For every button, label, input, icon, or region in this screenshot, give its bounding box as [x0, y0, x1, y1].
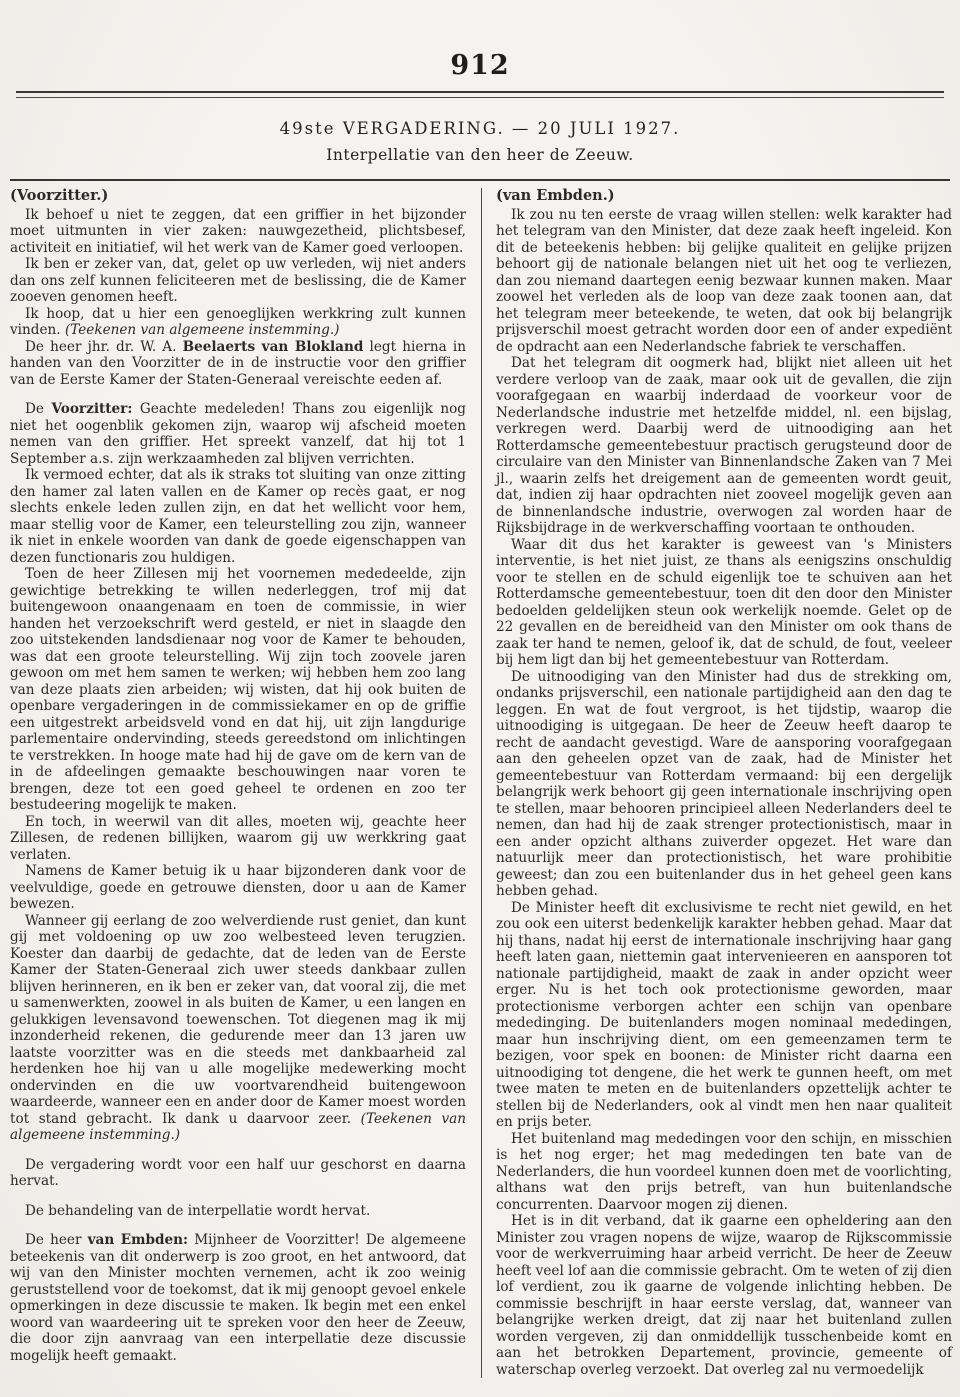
text-segment: De — [25, 401, 52, 417]
text-segment: Mijnheer de Voorzitter! De algemeene bet… — [10, 1232, 466, 1364]
text-segment: De behandeling van de interpellatie word… — [25, 1203, 370, 1219]
paragraph: Wanneer gij eerlang de zoo welverdiende … — [10, 913, 466, 1144]
text-segment: Ik ben er zeker van, dat, gelet op uw ve… — [10, 256, 466, 305]
paragraph: Waar dit dus het karakter is geweest van… — [496, 537, 952, 669]
paragraph: Ik behoef u niet te zeggen, dat een grif… — [10, 207, 466, 257]
paragraph: Ik hoop, dat u hier een genoeglijken wer… — [10, 306, 466, 339]
paragraph: Het is in dit verband, dat ik gaarne een… — [496, 1213, 952, 1378]
text-segment: van Embden: — [88, 1232, 188, 1248]
document-page: 912 49ste VERGADERING. — 20 JULI 1927. I… — [0, 0, 960, 1397]
left-column: (Voorzitter.) Ik behoef u niet te zeggen… — [8, 188, 481, 1364]
paragraph: De Minister heeft dit exclusivisme te re… — [496, 900, 952, 1131]
text-segment: Ik behoef u niet te zeggen, dat een grif… — [10, 207, 466, 256]
page-number: 912 — [0, 0, 960, 81]
text-segment: (Teekenen van algemeene instemming.) — [65, 322, 340, 338]
paragraph: De Voorzitter: Geachte medeleden! Thans … — [10, 401, 466, 467]
text-columns: (Voorzitter.) Ik behoef u niet te zeggen… — [0, 181, 960, 1378]
paragraph: Dat het telegram dit oogmerk had, blijkt… — [496, 355, 952, 537]
paragraph: Ik ben er zeker van, dat, gelet op uw ve… — [10, 256, 466, 306]
paragraph: De heer jhr. dr. W. A. Beelaerts van Blo… — [10, 339, 466, 389]
paragraph: Toen de heer Zillesen mij het voornemen … — [10, 566, 466, 814]
right-column-speaker-header: (van Embden.) — [496, 188, 952, 205]
paragraph: De behandeling van de interpellatie word… — [10, 1203, 466, 1220]
text-segment: Ik vermoed echter, dat als ik straks tot… — [10, 467, 466, 566]
paragraph: Ik vermoed echter, dat als ik straks tot… — [10, 467, 466, 566]
left-column-body: Ik behoef u niet te zeggen, dat een grif… — [10, 207, 466, 1365]
text-segment: En toch, in weerwil van dit alles, moete… — [10, 814, 466, 863]
text-segment: Toen de heer Zillesen mij het voornemen … — [10, 566, 466, 813]
text-segment: Waar dit dus het karakter is geweest van… — [496, 537, 952, 669]
left-column-speaker-header: (Voorzitter.) — [10, 188, 466, 205]
paragraph: En toch, in weerwil van dit alles, moete… — [10, 814, 466, 864]
text-segment: Voorzitter: — [52, 401, 133, 417]
paragraph: De heer van Embden: Mijnheer de Voorzitt… — [10, 1232, 466, 1364]
text-segment: Ik zou nu ten eerste de vraag willen ste… — [496, 207, 952, 355]
interpellation-subtitle: Interpellatie van den heer de Zeeuw. — [0, 146, 960, 164]
text-segment: Beelaerts van Blokland — [183, 339, 364, 355]
text-segment: Het buitenland mag mededingen voor den s… — [496, 1131, 952, 1213]
session-title: 49ste VERGADERING. — 20 JULI 1927. — [0, 119, 960, 138]
paragraph: Het buitenland mag mededingen voor den s… — [496, 1131, 952, 1214]
text-segment: De vergadering wordt voor een half uur g… — [10, 1157, 466, 1190]
paragraph: Ik zou nu ten eerste de vraag willen ste… — [496, 207, 952, 356]
text-segment: De heer jhr. dr. W. A. — [25, 339, 183, 355]
paragraph: Namens de Kamer betuig ik u haar bijzond… — [10, 863, 466, 913]
text-segment: De Minister heeft dit exclusivisme te re… — [496, 900, 952, 1131]
text-segment: De heer — [25, 1232, 88, 1248]
right-column-body: Ik zou nu ten eerste de vraag willen ste… — [496, 207, 952, 1379]
right-column: (van Embden.) Ik zou nu ten eerste de vr… — [481, 188, 954, 1378]
double-rule — [16, 91, 944, 98]
paragraph: De vergadering wordt voor een half uur g… — [10, 1157, 466, 1190]
text-segment: Namens de Kamer betuig ik u haar bijzond… — [10, 863, 466, 912]
text-segment: De uitnoodiging van den Minister had dus… — [496, 669, 952, 900]
text-segment: Wanneer gij eerlang de zoo welverdiende … — [10, 913, 466, 1127]
text-segment: Het is in dit verband, dat ik gaarne een… — [496, 1213, 952, 1378]
paragraph: De uitnoodiging van den Minister had dus… — [496, 669, 952, 900]
text-segment: Dat het telegram dit oogmerk had, blijkt… — [496, 355, 952, 536]
